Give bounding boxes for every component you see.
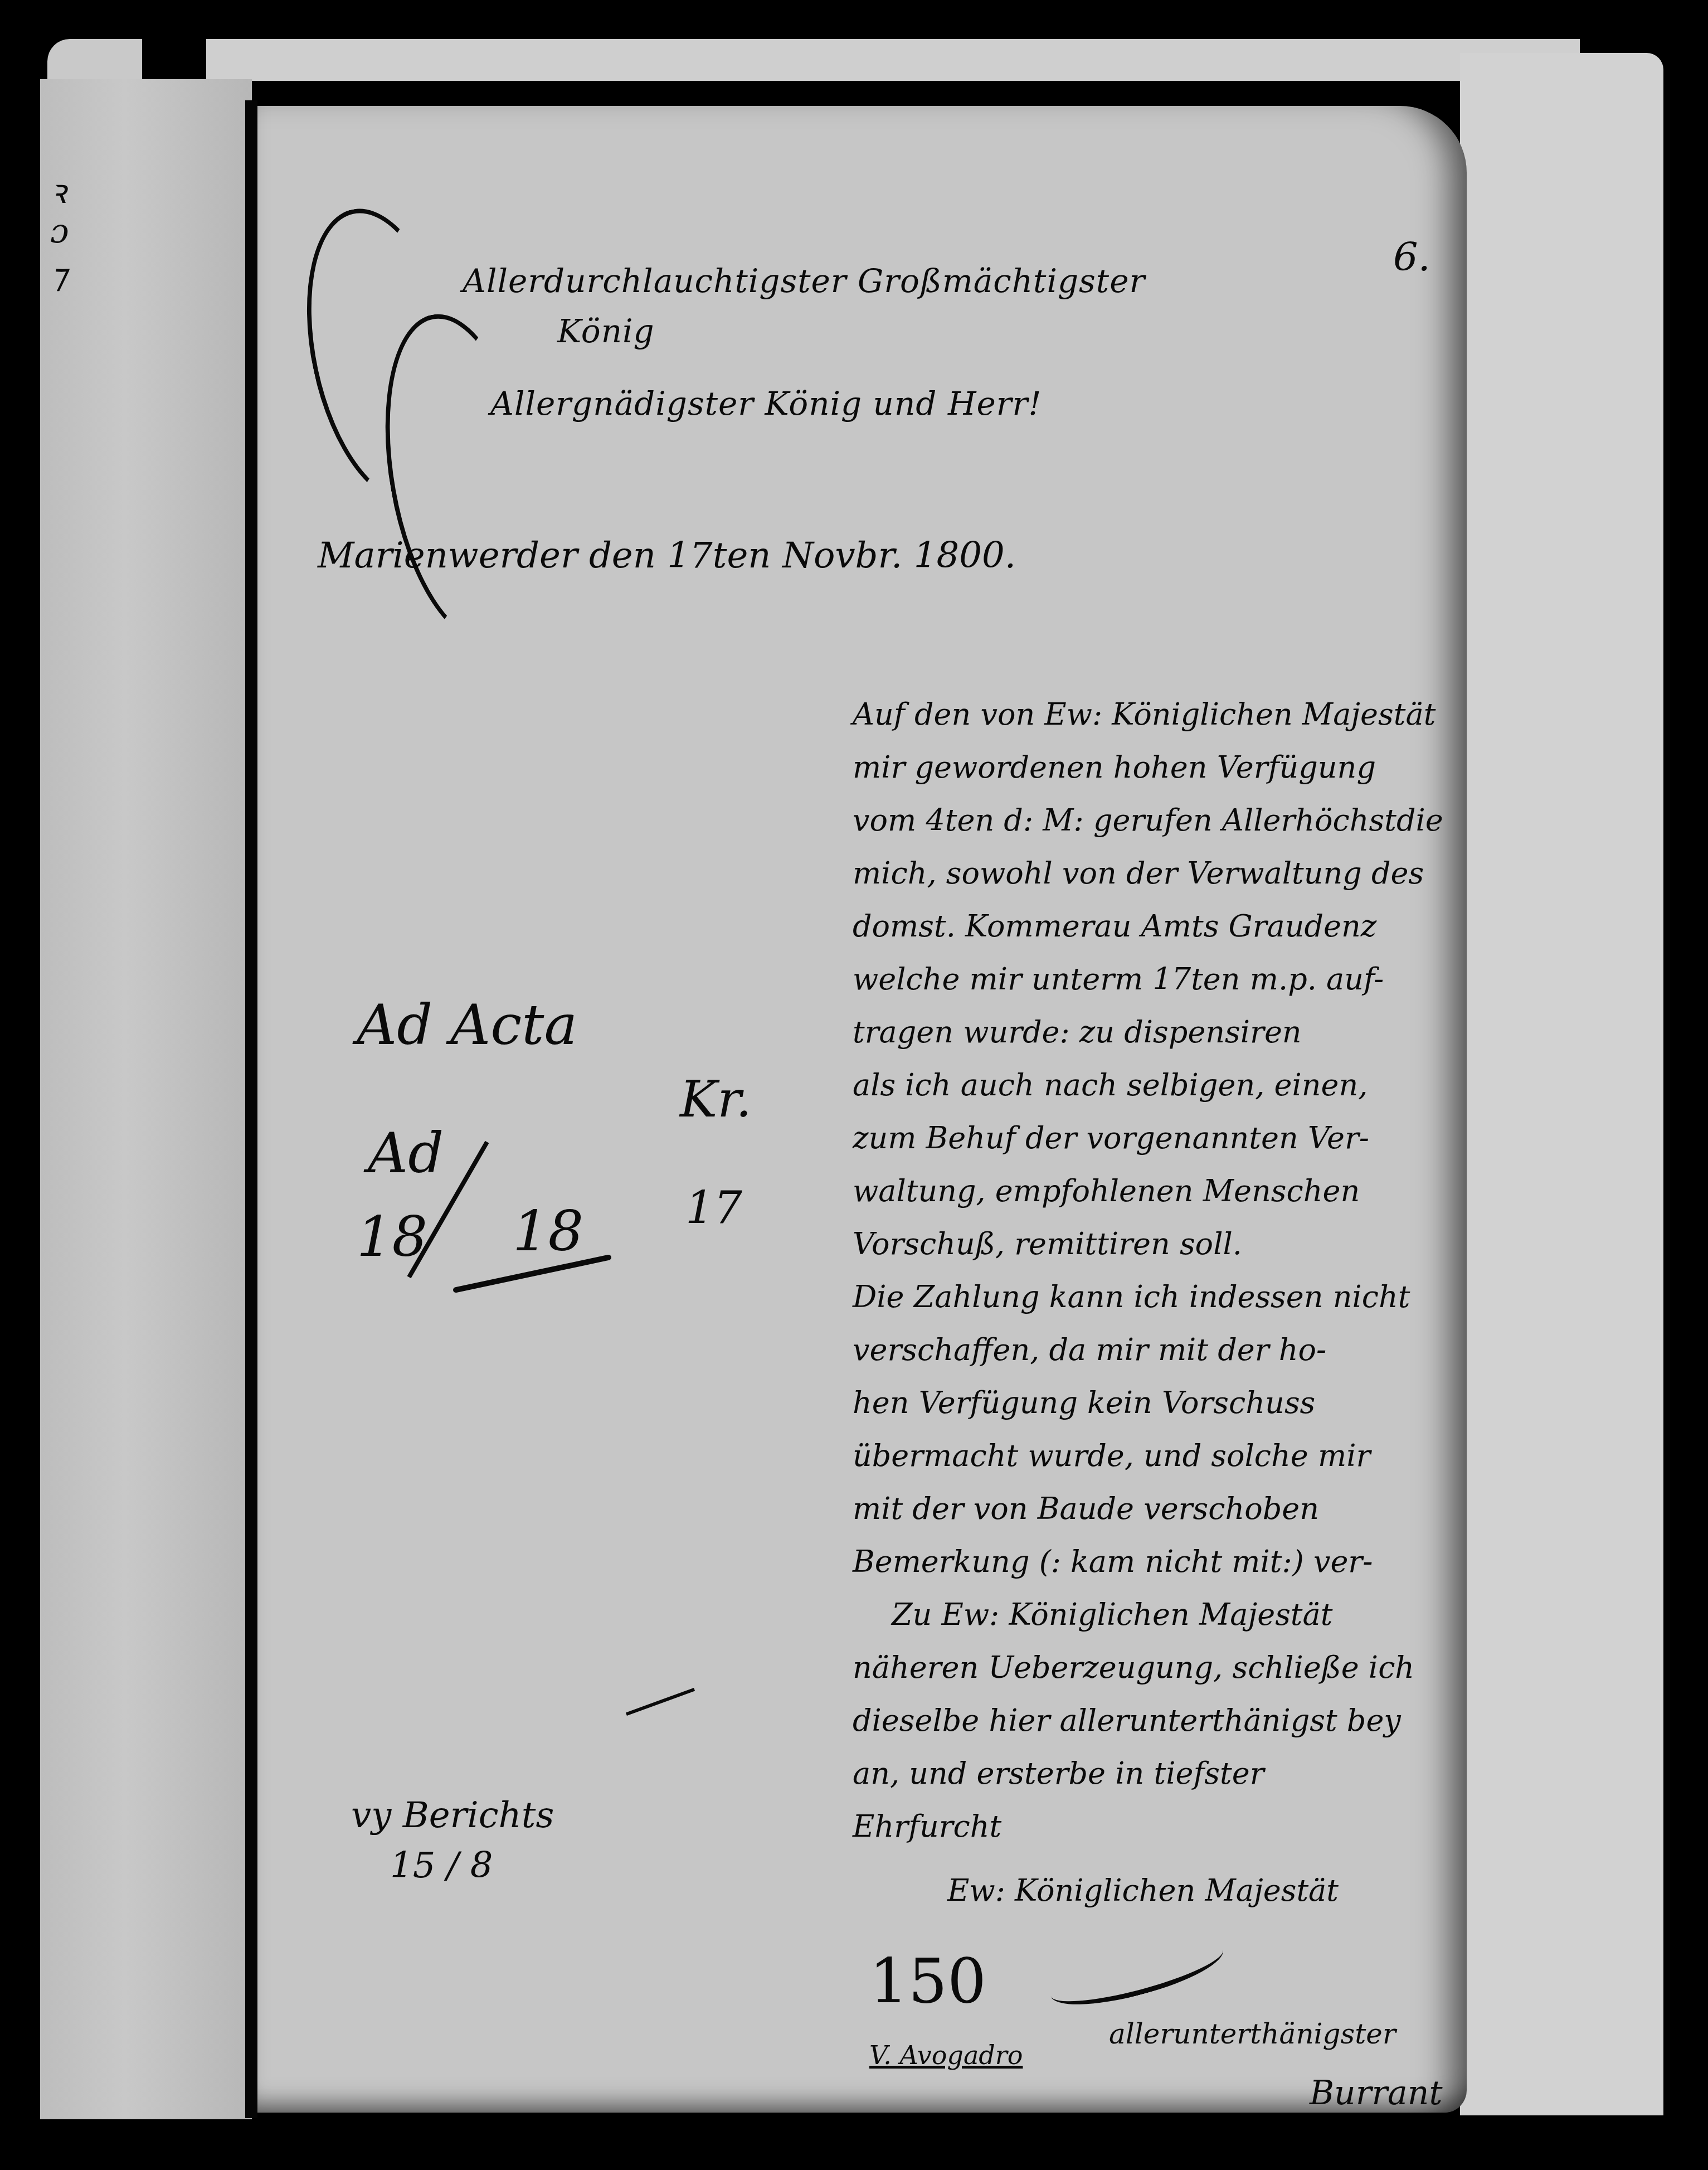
- previous-page-strip: [40, 79, 252, 2119]
- body-line: mit der von Baude verschoben: [853, 1491, 1319, 1526]
- margin-lower-number: 15 / 8: [390, 1845, 493, 1886]
- body-line: vom 4ten d: M: gerufen Allerhöchstdie: [853, 803, 1443, 838]
- body-line: waltung, empfohlenen Menschen: [853, 1173, 1360, 1208]
- margin-ad-acta: Ad Acta: [357, 992, 577, 1057]
- signature-formula: allerunterthänigster: [1109, 2018, 1396, 2050]
- page-number: 6.: [1393, 234, 1430, 280]
- back-page-right: [1460, 53, 1663, 2115]
- body-line: mich, sowohl von der Verwaltung des: [853, 856, 1424, 891]
- body-line: domst. Kommerau Amts Graudenz: [853, 909, 1376, 944]
- body-line: welche mir unterm 17ten m.p. auf-: [853, 962, 1384, 997]
- body-line: Die Zahlung kann ich indessen nicht: [853, 1279, 1410, 1314]
- body-line: Bemerkung (: kam nicht mit:) ver-: [853, 1544, 1373, 1579]
- margin-ad: Ad: [368, 1120, 444, 1186]
- dateline: Marienwerder den 17ten Novbr. 1800.: [318, 535, 1016, 576]
- body-line: mir gewordenen hohen Verfügung: [853, 750, 1376, 785]
- body-line: verschaffen, da mir mit der ho-: [853, 1332, 1326, 1367]
- salutation-line-2: König: [557, 312, 655, 350]
- folio-number: 150: [869, 1945, 986, 2017]
- registry-mark: V. Avogadro: [869, 2040, 1023, 2070]
- closing-line: Ew: Königlichen Majestät: [947, 1873, 1339, 1908]
- salutation-line-3: Allergnädigster König und Herr!: [490, 385, 1042, 423]
- margin-kr: Kr.: [680, 1070, 752, 1129]
- margin-number-mid: 18: [513, 1198, 583, 1264]
- body-line: dieselbe hier allerunterthänigst bey: [853, 1703, 1401, 1738]
- signature-name: Burrant: [1310, 2074, 1443, 2113]
- body-line: Auf den von Ew: Königlichen Majestät: [853, 697, 1436, 732]
- body-line: zum Behuf der vorgenannten Ver-: [853, 1120, 1369, 1156]
- body-line: näheren Ueberzeugung, schließe ich: [853, 1650, 1414, 1685]
- back-sheet-edge-left: [47, 39, 142, 81]
- margin-number-right: 17: [685, 1182, 742, 1234]
- body-line: Zu Ew: Königlichen Majestät: [892, 1597, 1332, 1632]
- left-strip-fragment: ꝛ: [50, 167, 66, 213]
- body-line: übermacht wurde, und solche mir: [853, 1438, 1370, 1473]
- body-line: als ich auch nach selbigen, einen,: [853, 1067, 1368, 1103]
- back-sheet-edge-top: [206, 39, 1580, 81]
- body-line: Vorschuß, remittiren soll.: [853, 1226, 1242, 1261]
- left-strip-fragment: ⁊: [50, 256, 67, 295]
- salutation-line-1: Allerdurchlauchtigster Großmächtigster: [463, 262, 1145, 300]
- body-line: Ehrfurcht: [853, 1809, 1001, 1844]
- body-line: hen Verfügung kein Vorschuss: [853, 1385, 1315, 1420]
- margin-lower-note: vy Berichts: [351, 1795, 554, 1836]
- body-line: an, und ersterbe in tiefster: [853, 1756, 1264, 1791]
- left-strip-fragment: ɔ: [50, 212, 69, 251]
- body-line: tragen wurde: zu dispensiren: [853, 1014, 1302, 1050]
- binding-gutter: [245, 100, 257, 2118]
